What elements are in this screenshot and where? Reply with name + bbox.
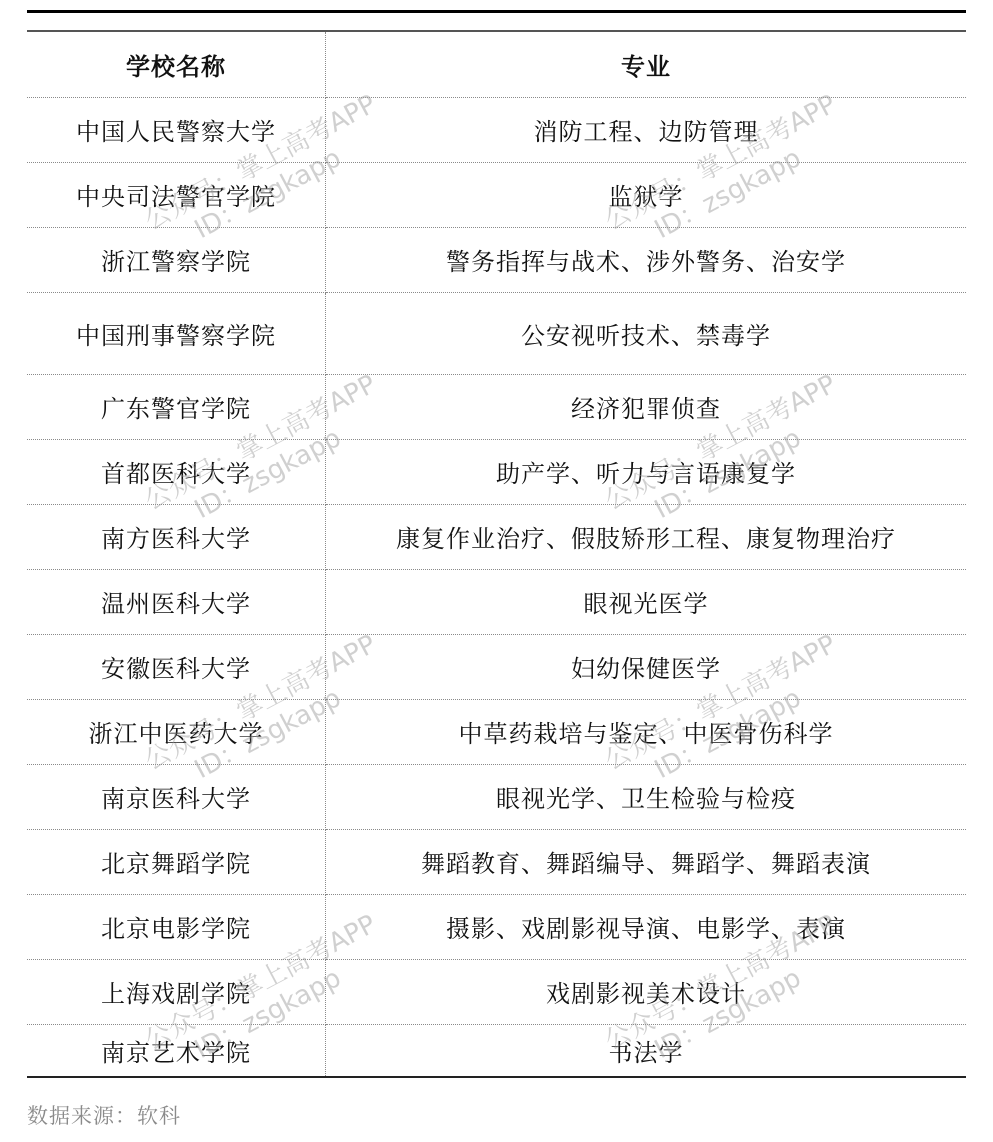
table-row: 北京电影学院摄影、戏剧影视导演、电影学、表演 bbox=[27, 894, 966, 959]
table-row: 中央司法警官学院监狱学 bbox=[27, 162, 966, 227]
school-name-cell: 北京电影学院 bbox=[27, 894, 326, 959]
majors-cell: 眼视光学、卫生检验与检疫 bbox=[326, 764, 967, 829]
majors-cell: 书法学 bbox=[326, 1024, 967, 1077]
school-name-cell: 中国人民警察大学 bbox=[27, 97, 326, 162]
majors-cell: 舞蹈教育、舞蹈编导、舞蹈学、舞蹈表演 bbox=[326, 829, 967, 894]
data-source-note: 数据来源：软科 bbox=[27, 1100, 181, 1130]
table-row: 中国刑事警察学院公安视听技术、禁毒学 bbox=[27, 292, 966, 374]
majors-cell: 眼视光医学 bbox=[326, 569, 967, 634]
majors-cell: 戏剧影视美术设计 bbox=[326, 959, 967, 1024]
school-name-cell: 安徽医科大学 bbox=[27, 634, 326, 699]
header-majors: 专业 bbox=[326, 31, 967, 97]
majors-cell: 警务指挥与战术、涉外警务、治安学 bbox=[326, 227, 967, 292]
majors-cell: 康复作业治疗、假肢矫形工程、康复物理治疗 bbox=[326, 504, 967, 569]
school-name-cell: 首都医科大学 bbox=[27, 439, 326, 504]
table-row: 温州医科大学眼视光医学 bbox=[27, 569, 966, 634]
table-row: 浙江中医药大学中草药栽培与鉴定、中医骨伤科学 bbox=[27, 699, 966, 764]
majors-cell: 消防工程、边防管理 bbox=[326, 97, 967, 162]
school-name-cell: 南方医科大学 bbox=[27, 504, 326, 569]
header-school: 学校名称 bbox=[27, 31, 326, 97]
majors-cell: 妇幼保健医学 bbox=[326, 634, 967, 699]
school-name-cell: 南京艺术学院 bbox=[27, 1024, 326, 1077]
table-row: 安徽医科大学妇幼保健医学 bbox=[27, 634, 966, 699]
school-name-cell: 南京医科大学 bbox=[27, 764, 326, 829]
top-rule bbox=[27, 10, 966, 13]
school-name-cell: 温州医科大学 bbox=[27, 569, 326, 634]
majors-cell: 监狱学 bbox=[326, 162, 967, 227]
table-row: 南方医科大学康复作业治疗、假肢矫形工程、康复物理治疗 bbox=[27, 504, 966, 569]
table-row: 中国人民警察大学消防工程、边防管理 bbox=[27, 97, 966, 162]
school-name-cell: 广东警官学院 bbox=[27, 374, 326, 439]
table-body: 中国人民警察大学消防工程、边防管理中央司法警官学院监狱学浙江警察学院警务指挥与战… bbox=[27, 97, 966, 1077]
school-name-cell: 北京舞蹈学院 bbox=[27, 829, 326, 894]
school-name-cell: 上海戏剧学院 bbox=[27, 959, 326, 1024]
table-row: 北京舞蹈学院舞蹈教育、舞蹈编导、舞蹈学、舞蹈表演 bbox=[27, 829, 966, 894]
table-row: 首都医科大学助产学、听力与言语康复学 bbox=[27, 439, 966, 504]
school-name-cell: 浙江警察学院 bbox=[27, 227, 326, 292]
school-name-cell: 中央司法警官学院 bbox=[27, 162, 326, 227]
majors-cell: 摄影、戏剧影视导演、电影学、表演 bbox=[326, 894, 967, 959]
school-name-cell: 中国刑事警察学院 bbox=[27, 292, 326, 374]
majors-cell: 经济犯罪侦查 bbox=[326, 374, 967, 439]
table-row: 南京艺术学院书法学 bbox=[27, 1024, 966, 1077]
table-row: 浙江警察学院警务指挥与战术、涉外警务、治安学 bbox=[27, 227, 966, 292]
school-majors-table: 学校名称 专业 中国人民警察大学消防工程、边防管理中央司法警官学院监狱学浙江警察… bbox=[27, 30, 966, 1078]
table-row: 上海戏剧学院戏剧影视美术设计 bbox=[27, 959, 966, 1024]
majors-cell: 助产学、听力与言语康复学 bbox=[326, 439, 967, 504]
majors-cell: 中草药栽培与鉴定、中医骨伤科学 bbox=[326, 699, 967, 764]
school-name-cell: 浙江中医药大学 bbox=[27, 699, 326, 764]
table-row: 广东警官学院经济犯罪侦查 bbox=[27, 374, 966, 439]
table-row: 南京医科大学眼视光学、卫生检验与检疫 bbox=[27, 764, 966, 829]
majors-cell: 公安视听技术、禁毒学 bbox=[326, 292, 967, 374]
table-header-row: 学校名称 专业 bbox=[27, 31, 966, 97]
